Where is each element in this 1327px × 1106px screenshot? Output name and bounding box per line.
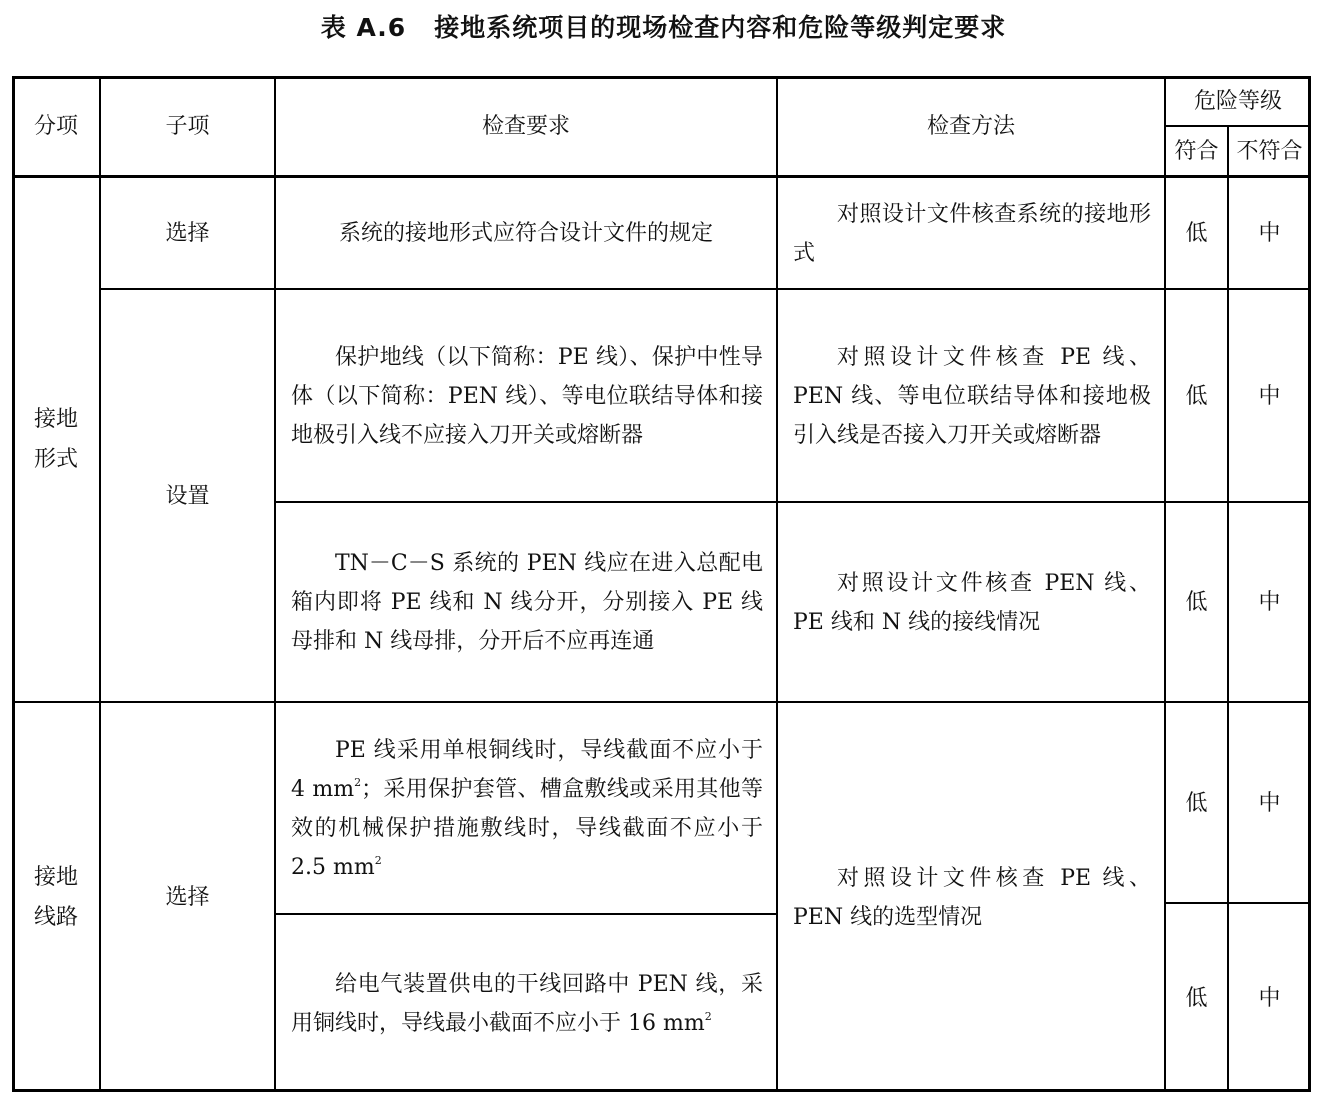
requirement-text-part: 给电气装置供电的干线回路中 PEN 线，采用铜线时，导线最小截面不应小于 16 …: [291, 972, 763, 1036]
compliant-level-cell: 低: [1165, 290, 1228, 502]
non-compliant-level: 中: [1258, 979, 1280, 1018]
compliant-level: 低: [1185, 583, 1207, 622]
requirement-text: 系统的接地形式应符合设计文件的规定: [339, 214, 713, 253]
compliant-level: 低: [1185, 377, 1207, 416]
subitem-label: 选择: [165, 214, 209, 253]
requirement-text: TN－C－S 系统的 PEN 线应在进入总配电箱内即将 PE 线和 N 线分开，…: [291, 544, 763, 661]
non-compliant-level-cell: 中: [1228, 904, 1311, 1092]
header-requirement: 检查要求: [275, 76, 777, 176]
subitem-cell: 设置: [100, 290, 275, 702]
subitem-cell: 选择: [100, 178, 275, 289]
superscript: 2: [354, 776, 361, 789]
superscript: 2: [705, 1010, 712, 1023]
header-method: 检查方法: [777, 76, 1165, 176]
header-compliant-label: 符合: [1174, 132, 1218, 171]
non-compliant-level: 中: [1258, 583, 1280, 622]
requirement-cell: 给电气装置供电的干线回路中 PEN 线，采用铜线时，导线最小截面不应小于 16 …: [275, 915, 777, 1092]
non-compliant-level-cell: 中: [1228, 178, 1311, 289]
method-cell: 对照设计文件核查 PEN 线、PE 线和 N 线的接线情况: [777, 503, 1165, 702]
table-number: 表 A.6: [321, 13, 406, 42]
header-subitem: 子项: [100, 76, 275, 176]
compliant-level-cell: 低: [1165, 904, 1228, 1092]
header-requirement-label: 检查要求: [482, 107, 570, 146]
compliant-level: 低: [1185, 979, 1207, 1018]
requirement-text: PE 线采用单根铜线时，导线截面不应小于 4 mm2；采用保护套管、槽盒敷线或采…: [291, 731, 763, 887]
non-compliant-level-cell: 中: [1228, 503, 1311, 702]
method-text: 对照设计文件核查系统的接地形式: [793, 195, 1151, 273]
requirement-cell: PE 线采用单根铜线时，导线截面不应小于 4 mm2；采用保护套管、槽盒敷线或采…: [275, 703, 777, 914]
category-grounding-form: 接地形式: [12, 178, 100, 702]
header-method-label: 检查方法: [927, 107, 1015, 146]
subitem-label: 设置: [165, 477, 209, 516]
requirement-text: 给电气装置供电的干线回路中 PEN 线，采用铜线时，导线最小截面不应小于 16 …: [291, 965, 763, 1043]
non-compliant-level-cell: 中: [1228, 703, 1311, 903]
compliant-level: 低: [1185, 784, 1207, 823]
method-cell: 对照设计文件核查 PE 线、PEN 线、等电位联结导体和接地极引入线是否接入刀开…: [777, 290, 1165, 502]
method-cell: 对照设计文件核查系统的接地形式: [777, 178, 1165, 289]
non-compliant-level: 中: [1258, 214, 1280, 253]
header-compliant: 符合: [1165, 126, 1228, 176]
method-text: 对照设计文件核查 PE 线、PEN 线、等电位联结导体和接地极引入线是否接入刀开…: [793, 338, 1151, 455]
non-compliant-level-cell: 中: [1228, 290, 1311, 502]
header-risk-level: 危险等级: [1165, 76, 1311, 126]
header-risk-level-label: 危险等级: [1194, 82, 1282, 121]
requirement-text: 保护地线（以下简称：PE 线）、保护中性导体（以下简称：PEN 线）、等电位联结…: [291, 338, 763, 455]
method-cell: 对照设计文件核查 PE 线、PEN 线的选型情况: [777, 703, 1165, 1092]
requirement-cell: TN－C－S 系统的 PEN 线应在进入总配电箱内即将 PE 线和 N 线分开，…: [275, 503, 777, 702]
compliant-level-cell: 低: [1165, 703, 1228, 903]
table-title: 表 A.6接地系统项目的现场检查内容和危险等级判定要求: [0, 8, 1327, 44]
requirement-text-part: ；采用保护套管、槽盒敷线或采用其他等效的机械保护措施敷线时，导线截面不应小于 2…: [291, 777, 763, 880]
requirement-cell: 系统的接地形式应符合设计文件的规定: [275, 178, 777, 289]
requirement-cell: 保护地线（以下简称：PE 线）、保护中性导体（以下简称：PEN 线）、等电位联结…: [275, 290, 777, 502]
header-subitem-label: 子项: [165, 107, 209, 146]
compliant-level: 低: [1185, 214, 1207, 253]
compliant-level-cell: 低: [1165, 178, 1228, 289]
method-text: 对照设计文件核查 PEN 线、PE 线和 N 线的接线情况: [793, 564, 1151, 642]
category-label: 接地线路: [33, 858, 79, 938]
category-grounding-line: 接地线路: [12, 703, 100, 1092]
table-caption: 接地系统项目的现场检查内容和危险等级判定要求: [434, 13, 1006, 42]
header-non-compliant: 不符合: [1228, 126, 1311, 176]
non-compliant-level: 中: [1258, 784, 1280, 823]
subitem-label: 选择: [165, 878, 209, 917]
superscript: 2: [375, 854, 382, 867]
compliant-level-cell: 低: [1165, 503, 1228, 702]
category-label: 接地形式: [33, 400, 79, 480]
header-non-compliant-label: 不符合: [1236, 132, 1302, 171]
subitem-cell: 选择: [100, 703, 275, 1092]
header-category: 分项: [12, 76, 100, 176]
non-compliant-level: 中: [1258, 377, 1280, 416]
header-category-label: 分项: [34, 107, 78, 146]
method-text: 对照设计文件核查 PE 线、PEN 线的选型情况: [793, 859, 1151, 937]
